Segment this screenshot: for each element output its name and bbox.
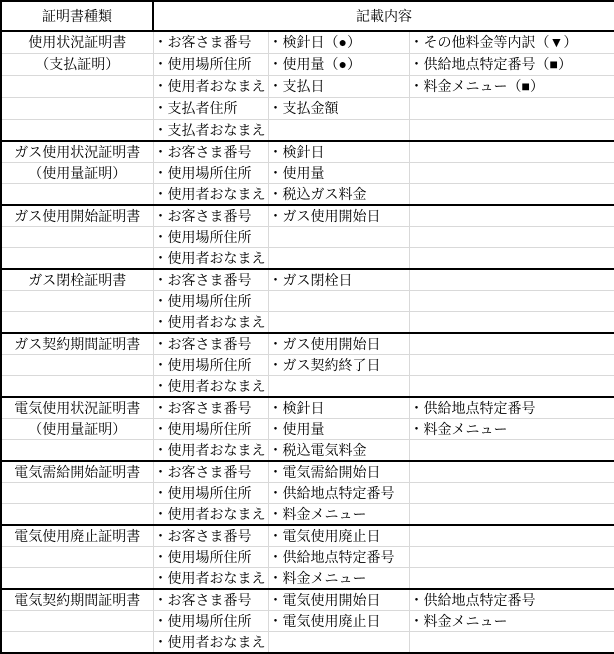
content-cell [409, 97, 614, 119]
content-cell: ・供給地点特定番号（■） [409, 53, 614, 75]
content-cell: ・支払金額 [268, 97, 409, 119]
content-cell: ・使用場所住所 [153, 611, 268, 632]
table-row: 使用状況証明書 ・お客さま番号 ・検針日（●） ・その他料金等内訳（▼） [1, 31, 614, 53]
content-cell: ・使用者おなまえ [153, 632, 268, 654]
table-row: 電気需給開始証明書 ・お客さま番号 ・電気需給開始日 [1, 461, 614, 483]
cert-name-cell [1, 184, 153, 206]
content-cell: ・使用量 [268, 419, 409, 440]
table-row: 電気契約期間証明書 ・お客さま番号 ・電気使用開始日 ・供給地点特定番号 [1, 589, 614, 611]
table-row: ・使用場所住所 [1, 227, 614, 248]
cert-name-cell: ガス契約期間証明書 [1, 333, 153, 355]
content-cell: ・支払者住所 [153, 97, 268, 119]
table-row: ガス閉栓証明書 ・お客さま番号 ・ガス閉栓日 [1, 269, 614, 291]
content-cell [268, 227, 409, 248]
content-cell: ・使用場所住所 [153, 53, 268, 75]
content-cell [409, 291, 614, 312]
content-cell: ・電気使用廃止日 [268, 525, 409, 547]
content-cell [409, 525, 614, 547]
table-row: ・使用場所住所 ・供給地点特定番号 [1, 547, 614, 568]
cert-name-cell: （使用量証明） [1, 163, 153, 184]
table-row: （使用量証明） ・使用場所住所 ・使用量 ・料金メニュー [1, 419, 614, 440]
table-row: ・使用者おなまえ ・支払日 ・料金メニュー（■） [1, 75, 614, 97]
content-cell: ・使用場所住所 [153, 163, 268, 184]
content-cell [268, 119, 409, 141]
cert-name-cell [1, 504, 153, 526]
content-cell: ・検針日（●） [268, 31, 409, 53]
content-cell [409, 504, 614, 526]
content-cell: ・お客さま番号 [153, 269, 268, 291]
content-cell: ・ガス契約終了日 [268, 355, 409, 376]
content-cell: ・ガス使用開始日 [268, 205, 409, 227]
table-row: ・使用場所住所 ・ガス契約終了日 [1, 355, 614, 376]
content-cell [409, 248, 614, 270]
table-row: ・使用者おなまえ [1, 376, 614, 398]
cert-name-cell [1, 312, 153, 334]
table-row: 電気使用廃止証明書 ・お客さま番号 ・電気使用廃止日 [1, 525, 614, 547]
table-row: ・使用者おなまえ ・税込電気料金 [1, 440, 614, 462]
cert-name-cell [1, 547, 153, 568]
content-cell: ・お客さま番号 [153, 525, 268, 547]
table-row: ・使用者おなまえ ・料金メニュー [1, 504, 614, 526]
content-cell [409, 141, 614, 163]
content-cell: ・ガス閉栓日 [268, 269, 409, 291]
cert-name-cell [1, 440, 153, 462]
content-cell: ・税込電気料金 [268, 440, 409, 462]
content-cell: ・電気使用開始日 [268, 589, 409, 611]
content-cell: ・使用者おなまえ [153, 376, 268, 398]
content-cell [409, 227, 614, 248]
content-cell: ・使用者おなまえ [153, 440, 268, 462]
table-row: ・使用者おなまえ [1, 248, 614, 270]
cert-name-cell: 電気使用状況証明書 [1, 397, 153, 419]
content-cell: ・使用場所住所 [153, 291, 268, 312]
header-contents: 記載内容 [153, 1, 614, 31]
cert-name-cell [1, 611, 153, 632]
content-cell: ・使用場所住所 [153, 483, 268, 504]
cert-name-cell: 電気使用廃止証明書 [1, 525, 153, 547]
content-cell: ・検針日 [268, 141, 409, 163]
content-cell: ・使用者おなまえ [153, 75, 268, 97]
content-cell [268, 632, 409, 654]
content-cell [409, 333, 614, 355]
content-cell: ・使用場所住所 [153, 547, 268, 568]
content-cell [409, 461, 614, 483]
content-cell [268, 248, 409, 270]
content-cell: ・使用量（●） [268, 53, 409, 75]
content-cell: ・お客さま番号 [153, 461, 268, 483]
content-cell: ・検針日 [268, 397, 409, 419]
content-cell: ・電気需給開始日 [268, 461, 409, 483]
cert-name-cell: （支払証明） [1, 53, 153, 75]
table-row: ・使用者おなまえ [1, 632, 614, 654]
table-row: ・使用者おなまえ ・料金メニュー [1, 568, 614, 590]
content-cell: ・お客さま番号 [153, 333, 268, 355]
table-row: ガス契約期間証明書 ・お客さま番号 ・ガス使用開始日 [1, 333, 614, 355]
header-certificate-type: 証明書種類 [1, 1, 153, 31]
content-cell [409, 184, 614, 206]
content-cell [409, 568, 614, 590]
content-cell [268, 312, 409, 334]
cert-name-cell: 電気契約期間証明書 [1, 589, 153, 611]
content-cell [409, 312, 614, 334]
content-cell: ・使用者おなまえ [153, 504, 268, 526]
content-cell: ・料金メニュー [409, 611, 614, 632]
content-cell [409, 483, 614, 504]
content-cell: ・支払者おなまえ [153, 119, 268, 141]
table-row: ・支払者おなまえ [1, 119, 614, 141]
certificate-contents-table: 証明書種類 記載内容 使用状況証明書 ・お客さま番号 ・検針日（●） ・その他料… [0, 0, 614, 654]
content-cell: ・使用場所住所 [153, 355, 268, 376]
content-cell [409, 355, 614, 376]
cert-name-cell [1, 291, 153, 312]
content-cell: ・税込ガス料金 [268, 184, 409, 206]
content-cell: ・ガス使用開始日 [268, 333, 409, 355]
content-cell [268, 291, 409, 312]
table-row: （使用量証明） ・使用場所住所 ・使用量 [1, 163, 614, 184]
cert-name-cell [1, 355, 153, 376]
cert-name-cell [1, 119, 153, 141]
cert-name-cell [1, 248, 153, 270]
content-cell: ・お客さま番号 [153, 589, 268, 611]
cert-name-cell: （使用量証明） [1, 419, 153, 440]
content-cell: ・その他料金等内訳（▼） [409, 31, 614, 53]
content-cell: ・使用場所住所 [153, 227, 268, 248]
cert-name-cell [1, 97, 153, 119]
content-cell: ・供給地点特定番号 [268, 547, 409, 568]
content-cell: ・電気使用廃止日 [268, 611, 409, 632]
content-cell: ・お客さま番号 [153, 31, 268, 53]
cert-name-cell [1, 632, 153, 654]
content-cell [409, 119, 614, 141]
content-cell: ・お客さま番号 [153, 397, 268, 419]
cert-name-cell [1, 227, 153, 248]
cert-name-cell [1, 483, 153, 504]
content-cell [409, 440, 614, 462]
table-row: ・支払者住所 ・支払金額 [1, 97, 614, 119]
content-cell: ・料金メニュー [268, 504, 409, 526]
table-row: ・使用場所住所 ・電気使用廃止日 ・料金メニュー [1, 611, 614, 632]
content-cell: ・料金メニュー [409, 419, 614, 440]
content-cell [409, 205, 614, 227]
cert-name-cell: ガス閉栓証明書 [1, 269, 153, 291]
table-row: ガス使用開始証明書 ・お客さま番号 ・ガス使用開始日 [1, 205, 614, 227]
table-row: （支払証明） ・使用場所住所 ・使用量（●） ・供給地点特定番号（■） [1, 53, 614, 75]
content-cell: ・使用者おなまえ [153, 568, 268, 590]
content-cell: ・供給地点特定番号 [268, 483, 409, 504]
content-cell: ・使用者おなまえ [153, 312, 268, 334]
content-cell: ・お客さま番号 [153, 141, 268, 163]
content-cell: ・供給地点特定番号 [409, 397, 614, 419]
cert-name-cell: 電気需給開始証明書 [1, 461, 153, 483]
table-row: ・使用者おなまえ [1, 312, 614, 334]
cert-name-cell: ガス使用開始証明書 [1, 205, 153, 227]
content-cell: ・料金メニュー [268, 568, 409, 590]
table-row: ・使用場所住所 [1, 291, 614, 312]
certificate-contents-document: 証明書種類 記載内容 使用状況証明書 ・お客さま番号 ・検針日（●） ・その他料… [0, 0, 614, 646]
table-row: ・使用者おなまえ ・税込ガス料金 [1, 184, 614, 206]
table-row: ・使用場所住所 ・供給地点特定番号 [1, 483, 614, 504]
content-cell: ・支払日 [268, 75, 409, 97]
cert-name-cell [1, 75, 153, 97]
content-cell [409, 376, 614, 398]
table-row: ガス使用状況証明書 ・お客さま番号 ・検針日 [1, 141, 614, 163]
cert-name-cell: 使用状況証明書 [1, 31, 153, 53]
content-cell [409, 547, 614, 568]
cert-name-cell: ガス使用状況証明書 [1, 141, 153, 163]
cert-name-cell [1, 568, 153, 590]
content-cell [409, 632, 614, 654]
content-cell: ・使用場所住所 [153, 419, 268, 440]
cert-name-cell [1, 376, 153, 398]
content-cell: ・使用者おなまえ [153, 184, 268, 206]
content-cell: ・お客さま番号 [153, 205, 268, 227]
content-cell [268, 376, 409, 398]
content-cell: ・使用量 [268, 163, 409, 184]
content-cell: ・供給地点特定番号 [409, 589, 614, 611]
table-row: 電気使用状況証明書 ・お客さま番号 ・検針日 ・供給地点特定番号 [1, 397, 614, 419]
content-cell: ・料金メニュー（■） [409, 75, 614, 97]
table-header-row: 証明書種類 記載内容 [1, 1, 614, 31]
content-cell [409, 269, 614, 291]
content-cell [409, 163, 614, 184]
content-cell: ・使用者おなまえ [153, 248, 268, 270]
